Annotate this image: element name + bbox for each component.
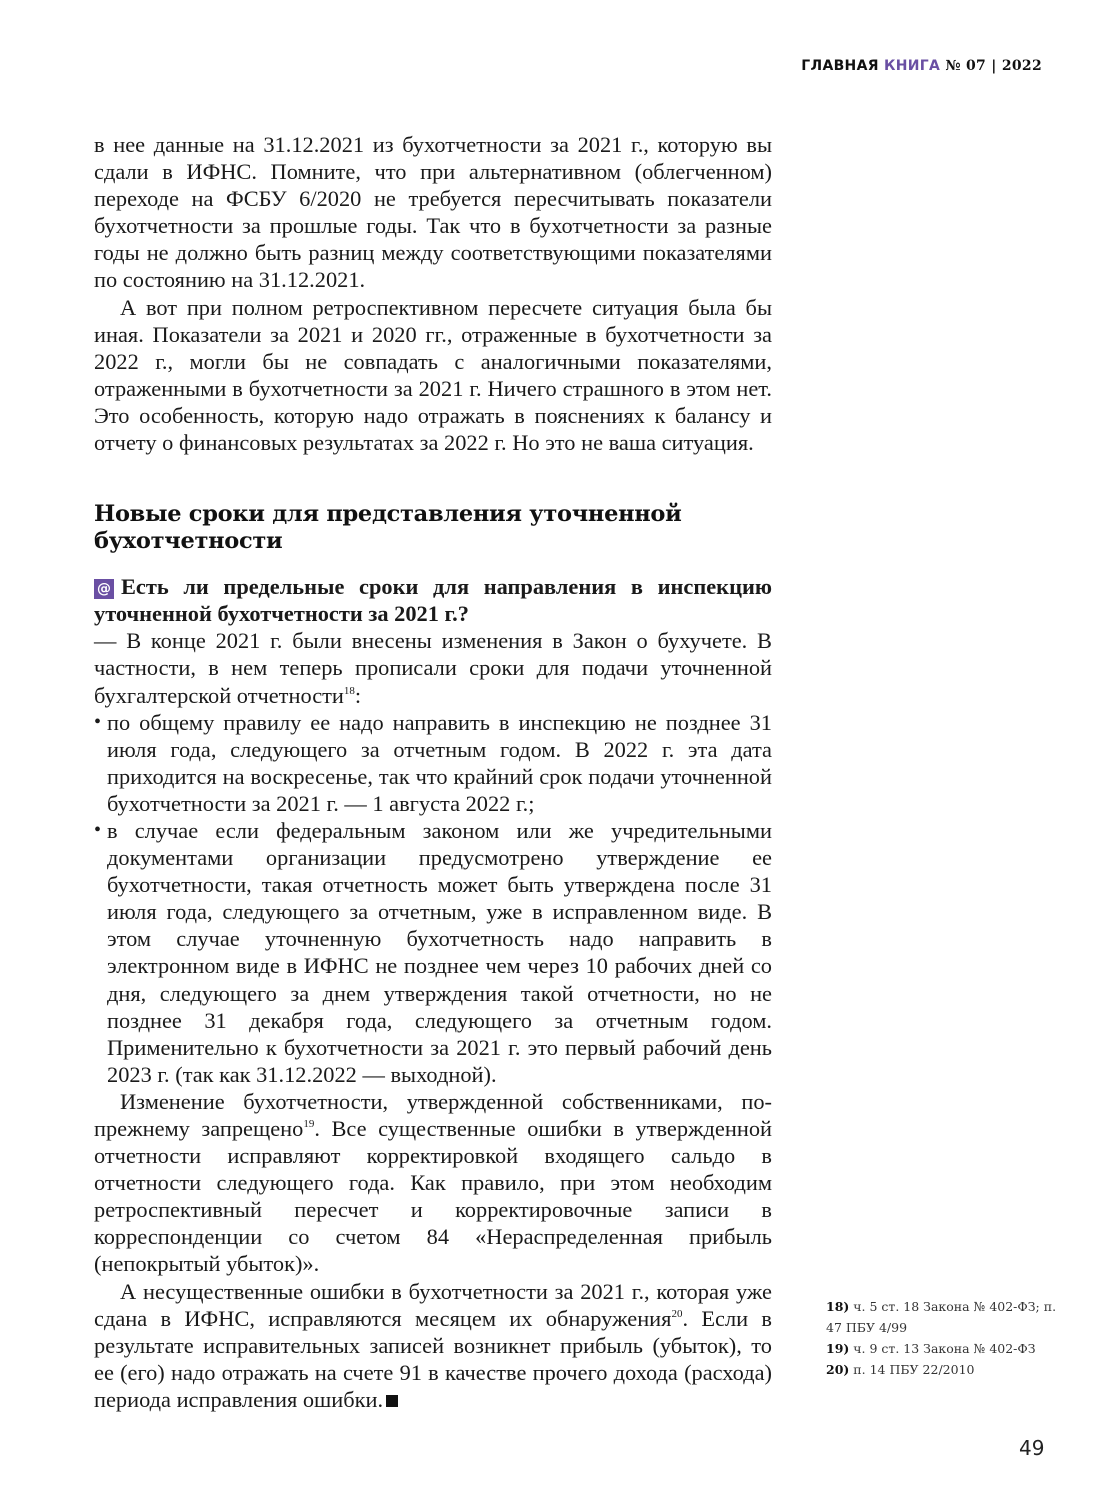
end-of-article-icon xyxy=(386,1395,398,1407)
page-number: 49 xyxy=(1019,1436,1044,1460)
footnote-ref[interactable]: 19 xyxy=(303,1118,314,1130)
article-body: в нее данные на 31.12.2021 из бухотчетно… xyxy=(94,131,772,1413)
footnote: 18) ч. 5 ст. 18 Закона № 402-ФЗ; п. 47 П… xyxy=(826,1296,1066,1338)
paragraph: А несущественные ошибки в бухотчетности … xyxy=(94,1278,772,1413)
issue-number: № 07 | 2022 xyxy=(945,58,1042,74)
list-item: •в случае если федеральным законом или ж… xyxy=(94,817,772,1088)
running-header: ГЛАВНАЯ КНИГА № 07 | 2022 xyxy=(801,58,1042,74)
footnote-ref[interactable]: 20 xyxy=(671,1308,682,1320)
at-icon: @ xyxy=(94,579,114,599)
bullet-list: •по общему правилу ее надо направить в и… xyxy=(94,709,772,1088)
bullet-icon: • xyxy=(94,709,101,736)
publication-name-part2: КНИГА xyxy=(884,58,940,74)
footnotes: 18) ч. 5 ст. 18 Закона № 402-ФЗ; п. 47 П… xyxy=(826,1296,1066,1380)
section-title: Новые сроки для представления уточненной… xyxy=(94,501,772,555)
bullet-icon: • xyxy=(94,817,101,844)
answer-intro: — В конце 2021 г. были внесены изменения… xyxy=(94,627,772,708)
paragraph: А вот при полном ретроспективном пересче… xyxy=(94,294,772,457)
footnote-ref[interactable]: 18 xyxy=(344,685,355,697)
question: @Есть ли предельные сроки для направлени… xyxy=(94,573,772,627)
footnote: 20) п. 14 ПБУ 22/2010 xyxy=(826,1359,1066,1380)
paragraph: Изменение бухотчетности, утвержденной со… xyxy=(94,1088,772,1278)
publication-name-part1: ГЛАВНАЯ xyxy=(801,58,879,74)
paragraph: в нее данные на 31.12.2021 из бухотчетно… xyxy=(94,131,772,294)
footnote: 19) ч. 9 ст. 13 Закона № 402-ФЗ xyxy=(826,1338,1066,1359)
list-item: •по общему правилу ее надо направить в и… xyxy=(94,709,772,817)
question-text: Есть ли предельные сроки для направления… xyxy=(94,574,772,626)
